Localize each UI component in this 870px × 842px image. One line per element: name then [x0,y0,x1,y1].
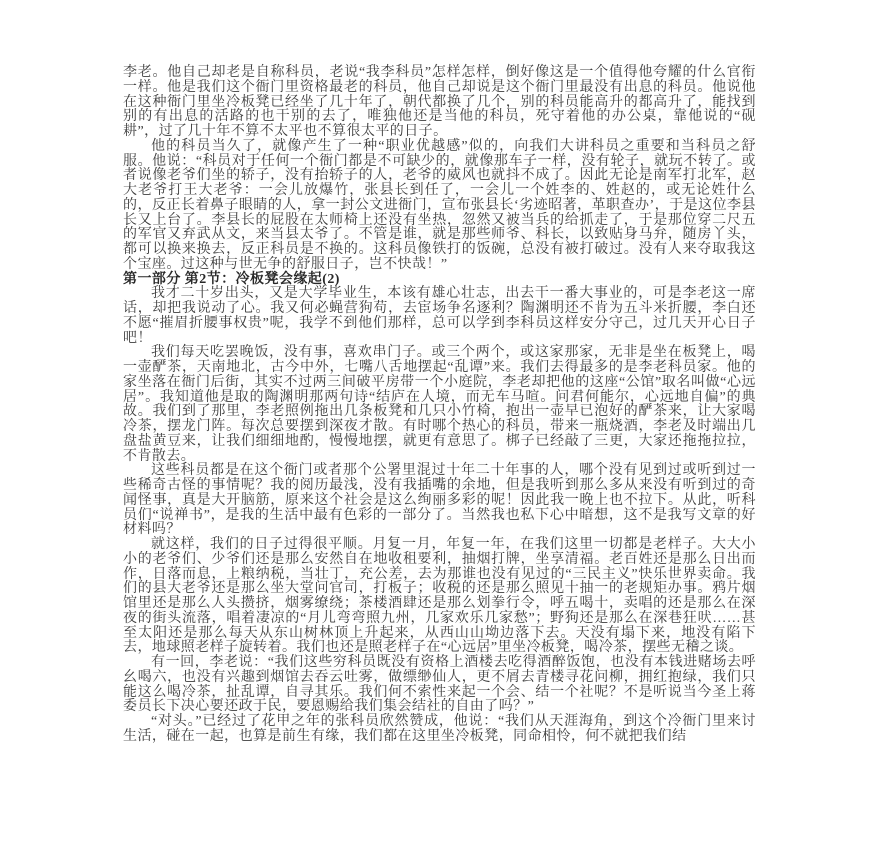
paragraph: 就这样，我们的日子过得很平顺。月复一月，年复一年，在我们这里一切都是老样子。大大… [123,538,756,656]
paragraph: 这些科员都是在这个衙门或者那个公署里混过十年二十年事的人，哪个没有见到过或听到过… [123,464,756,538]
paragraph: 他的科员当久了，就像产生了一种“职业优越感”似的，向我们大讲科员之重要和当科员之… [123,140,756,273]
document-page: 李老。他自己却老是自称科员，老说“我李科员”怎样怎样，倒好像这是一个值得他夸耀的… [0,0,870,842]
paragraph: 我才二十岁出头，又是大学毕业生，本该有雄心壮志，出去干一番大事业的，可是李老这一… [123,287,756,346]
paragraph: 有一回，李老说：“我们这些穷科员既没有资格上酒楼去吃得酒醉饭饱，也没有本钱进赌场… [123,656,756,715]
paragraph: 我们每天吃罢晚饭，没有事，喜欢串门子。或三个两个，或这家那家，无非是坐在板凳上，… [123,346,756,464]
paragraph: “对头。”已经过了花甲之年的张科员欣然赞成，他说：“我们从天涯海角，到这个冷衙门… [123,715,756,745]
text-block: 李老。他自己却老是自称科员，老说“我李科员”怎样怎样，倒好像这是一个值得他夸耀的… [123,66,756,745]
paragraph: 李老。他自己却老是自称科员，老说“我李科员”怎样怎样，倒好像这是一个值得他夸耀的… [123,66,756,140]
